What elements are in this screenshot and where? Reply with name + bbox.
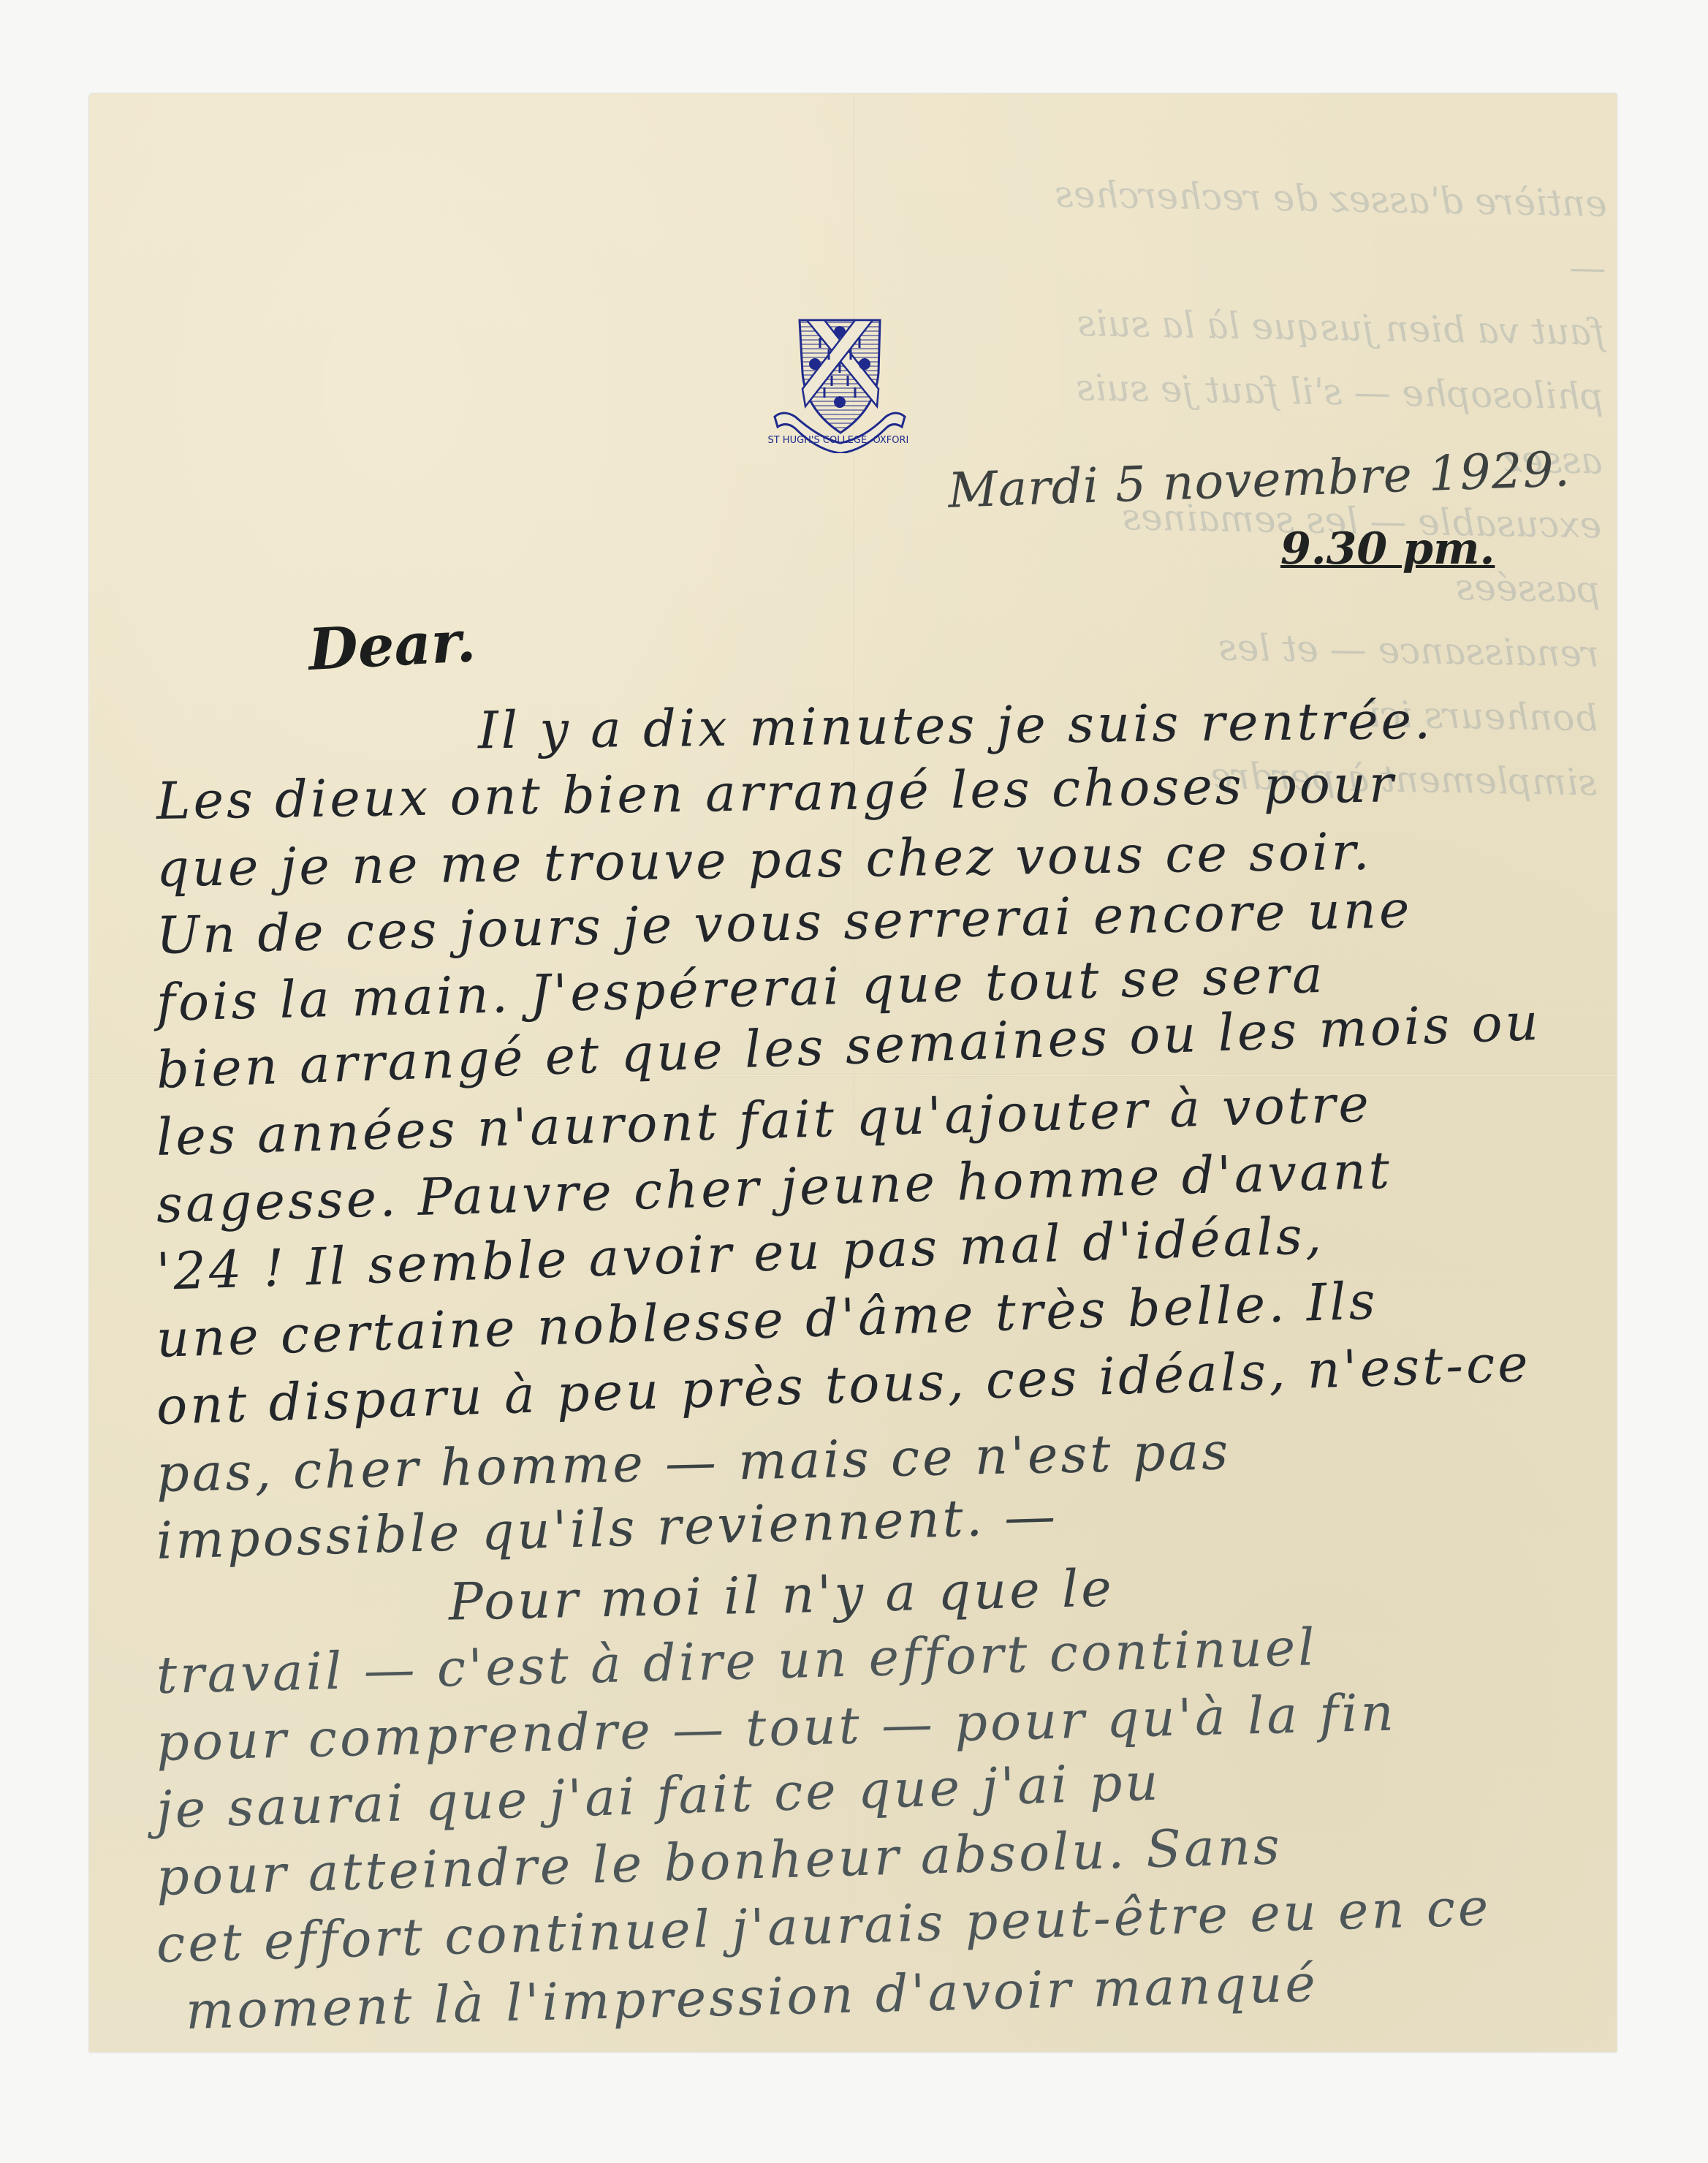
letterhead-crest: ST HUGH'S COLLEGE, OXFORD [762,307,908,453]
letter-time: 9.30 pm. [1280,523,1495,575]
college-name-scroll: ST HUGH'S COLLEGE, OXFORD [767,435,908,446]
letter-paper: entière d'assez de recherches — faut va … [89,94,1617,2052]
salutation: Dear. [307,608,477,683]
letter-body: Il y a dix minutes je suis rentrée. Les … [156,700,1618,2045]
shield-crest-icon: ST HUGH'S COLLEGE, OXFORD [762,307,908,453]
